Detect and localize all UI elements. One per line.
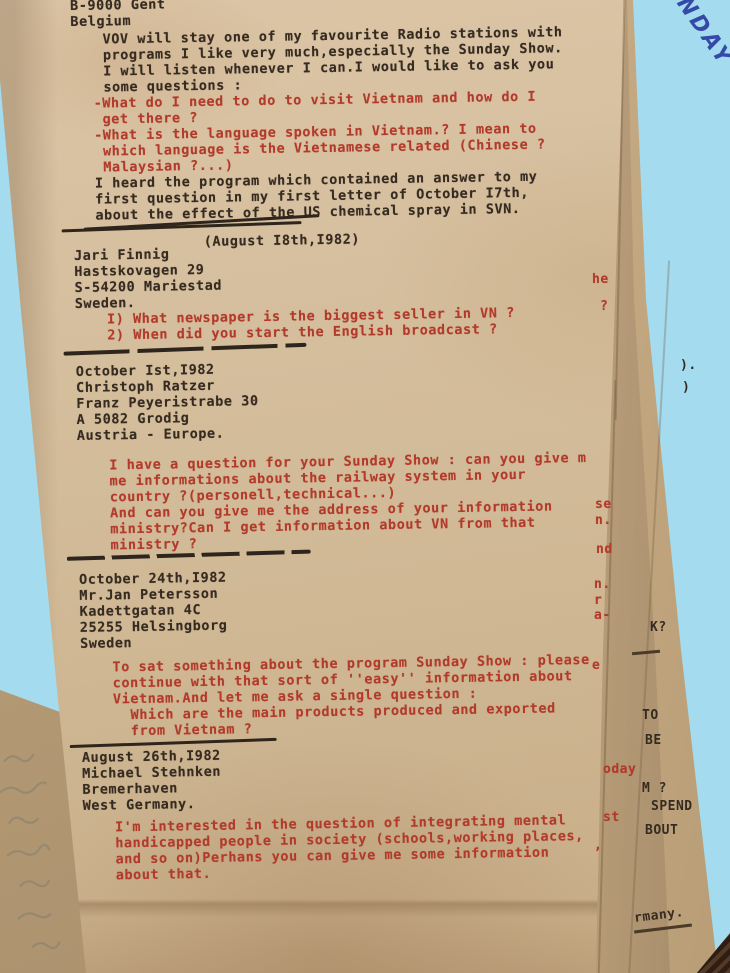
edge-text-fragment: he	[592, 272, 609, 287]
edge-text-fragment: SPEND	[651, 799, 693, 814]
handwritten-corner-note: NDAY	[672, 0, 730, 71]
document-photo: R.L. B-9000 GentBelgium VOV will stay on…	[0, 0, 730, 973]
letter-section-stehnken: August 26th,I982Michael StehnkenBremerha…	[82, 742, 609, 884]
edge-text-fragment: a-	[594, 608, 611, 623]
photo-background: { "colors":{ "background_blue":"#a4dbee"…	[0, 0, 730, 973]
edge-text-fragment: e	[592, 658, 600, 673]
questions-red: To sat something about the program Sunda…	[112, 652, 606, 740]
edge-text-fragment: TO	[642, 708, 659, 723]
edge-text-fragment: ).	[680, 358, 697, 373]
questions-red: I) What newspaper is the biggest seller …	[107, 304, 600, 344]
questions-red: I'm interested in the question of integr…	[115, 812, 609, 884]
typed-content: R.L. B-9000 GentBelgium VOV will stay on…	[70, 0, 645, 973]
edge-text-fragment: BE	[645, 733, 662, 748]
address-block: October 24th,I982Mr.Jan PeterssonKadettg…	[79, 564, 605, 652]
questions-red: I have a question for your Sunday Show :…	[109, 450, 603, 554]
edge-text-fragment: n.	[594, 577, 611, 592]
edge-text-fragment: se	[595, 497, 612, 512]
letter-section-belgium: R.L. B-9000 GentBelgium VOV will stay on…	[70, 0, 599, 224]
edge-text-fragment: K?	[650, 620, 667, 635]
edge-text-fragment: BOUT	[645, 823, 678, 838]
address-block: October Ist,I982Christoph RatzerFranz Pe…	[76, 356, 602, 444]
address-block: August 26th,I982Michael StehnkenBremerha…	[82, 742, 608, 814]
edge-text-fragment: n.	[595, 513, 612, 528]
section-divider	[64, 343, 307, 356]
edge-text-fragment: oday	[603, 762, 636, 777]
letter-section-ratzer: October Ist,I982Christoph RatzerFranz Pe…	[76, 356, 604, 554]
address-block: Jari FinnigHastskovagen 29S-54200 Maries…	[74, 240, 600, 312]
edge-text-fragment: M ?	[642, 781, 667, 796]
date-note: (August I8th,I982)	[204, 231, 360, 249]
edge-text-fragment: st	[603, 810, 620, 825]
edge-text-fragment: ,	[594, 838, 602, 853]
edge-text-fragment: ?	[600, 299, 608, 314]
letter-section-finnig: (August I8th,I982) Jari FinnigHastskovag…	[74, 228, 601, 344]
edge-text-fragment: r	[594, 593, 602, 608]
closing-paragraph: I heard the program which contained an a…	[95, 168, 599, 224]
intro-paragraph: VOV will stay one of my favourite Radio …	[102, 24, 596, 96]
edge-text-fragment: )	[682, 380, 690, 395]
questions-red: -What do I need to do to visit Vietnam a…	[94, 88, 598, 176]
edge-text-fragment: nd	[596, 542, 613, 557]
letter-section-petersson: October 24th,I982Mr.Jan PeterssonKadettg…	[79, 564, 607, 740]
